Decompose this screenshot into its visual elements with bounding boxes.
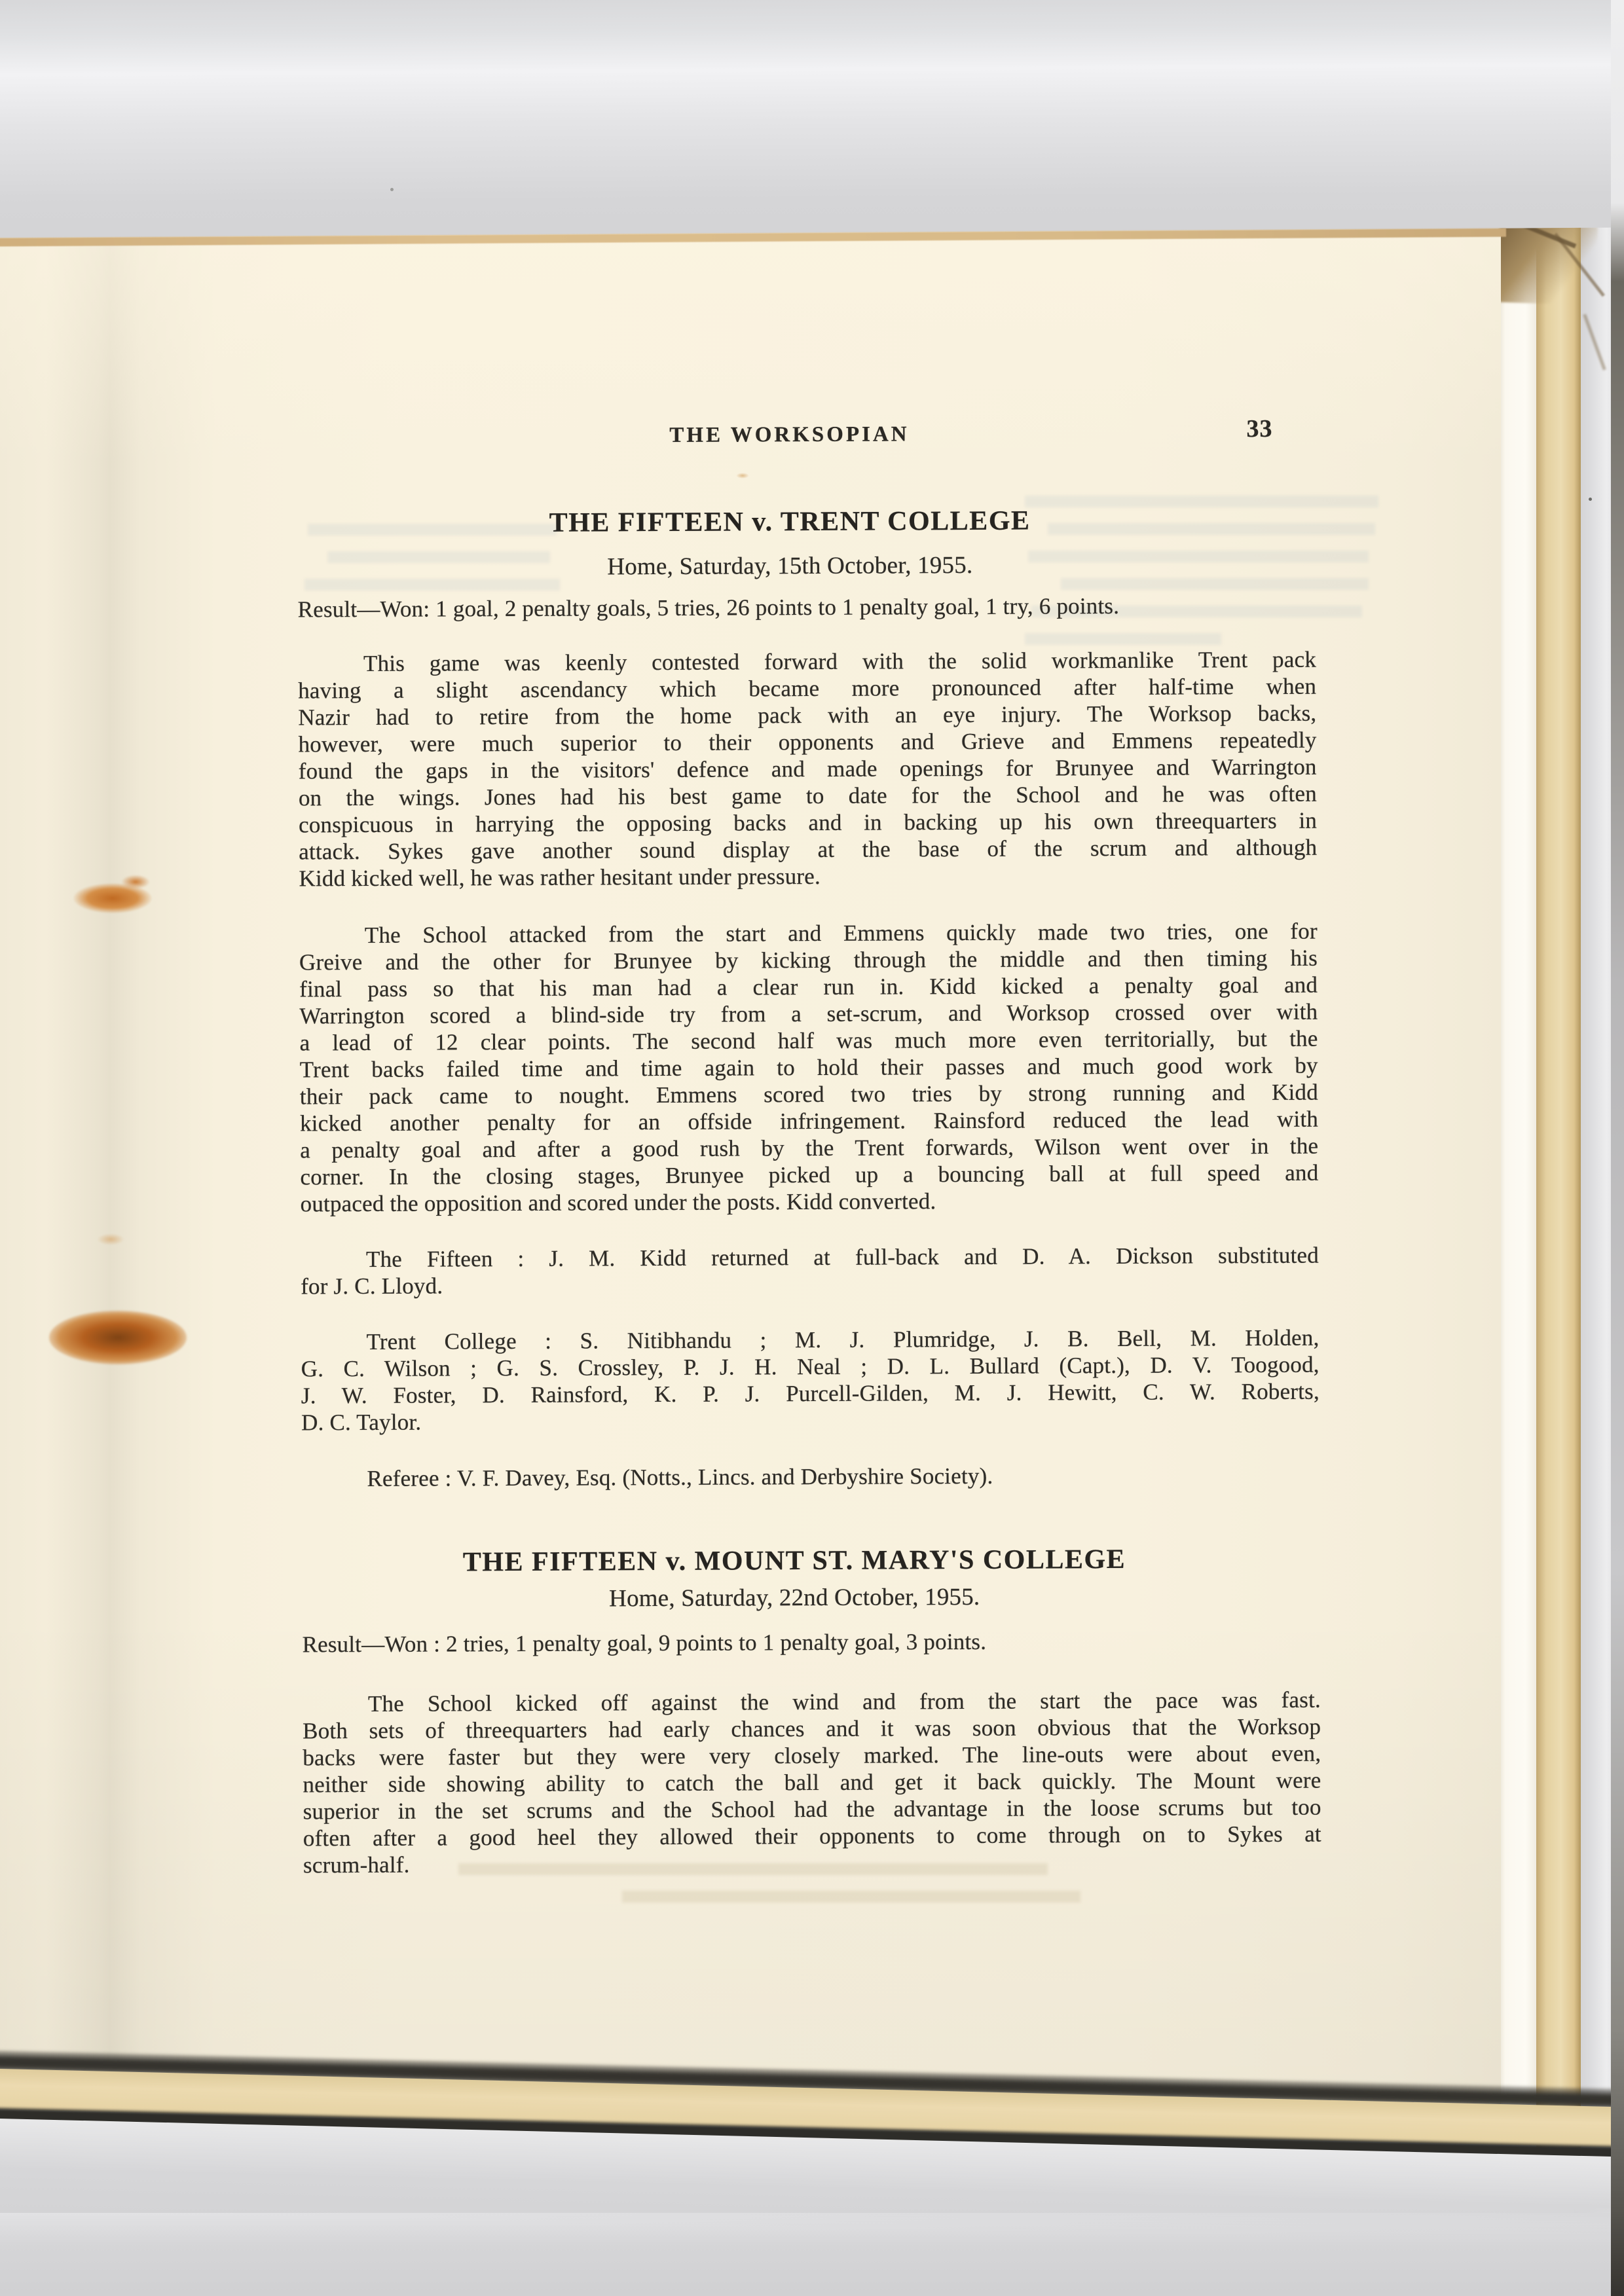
opposition-team-paragraph: Trent College : S. Nitibhandu ; M. J. Pl…	[301, 1324, 1319, 1436]
page-content: THE WORKSOPIAN 33 THE FIFTEEN v. TRENT C…	[0, 0, 1624, 2296]
team-note-paragraph: The Fifteen : J. M. Kidd returned at ful…	[301, 1242, 1319, 1300]
text-line: often after a good heel they allowed the…	[303, 1821, 1321, 1852]
match-result-line: Result—Won: 1 goal, 2 penalty goals, 5 t…	[298, 592, 1333, 623]
text-line: neither side showing ability to catch th…	[303, 1767, 1321, 1798]
text-line: Trent College : S. Nitibhandu ; M. J. Pl…	[301, 1324, 1319, 1356]
text-line: a lead of 12 clear points. The second ha…	[299, 1025, 1318, 1057]
match-result-line: Result—Won : 2 tries, 1 penalty goal, 9 …	[302, 1628, 1337, 1658]
text-line: outpaced the opposition and scored under…	[301, 1186, 1319, 1218]
text-line: Warrington scored a blind-side try from …	[299, 998, 1318, 1030]
text-line: Both sets of threequarters had early cha…	[303, 1713, 1321, 1745]
text-line: attack. Sykes gave another sound display…	[299, 834, 1317, 866]
text-line: final pass so that his man had a clear r…	[299, 972, 1318, 1003]
match-date-line: Home, Saturday, 15th October, 1955.	[286, 550, 1294, 583]
text-line: The Fifteen : J. M. Kidd returned at ful…	[301, 1242, 1319, 1273]
text-line: conspicuous in harrying the opposing bac…	[299, 807, 1317, 839]
text-line: The School attacked from the start and E…	[299, 918, 1318, 949]
text-line: Greive and the other for Brunyee by kick…	[299, 945, 1318, 976]
text-line: on the wings. Jones had his best game to…	[299, 780, 1317, 812]
text-line: J. W. Foster, D. Rainsford, K. P. J. Pur…	[301, 1378, 1319, 1410]
text-line: for J. C. Lloyd.	[301, 1269, 1319, 1300]
text-line: This game was keenly contested forward w…	[298, 646, 1316, 678]
page-number: 33	[1246, 414, 1272, 443]
text-line: D. C. Taylor.	[301, 1405, 1319, 1436]
scanned-book-page: THE WORKSOPIAN 33 THE FIFTEEN v. TRENT C…	[0, 0, 1624, 2296]
text-line: found the gaps in the visitors' defence …	[299, 754, 1317, 785]
match-date-line: Home, Saturday, 22nd October, 1955.	[290, 1582, 1299, 1614]
text-line: kicked another penalty for an offside in…	[300, 1106, 1318, 1137]
text-line: scrum-half.	[303, 1848, 1321, 1879]
text-line: superior in the set scrums and the Schoo…	[303, 1794, 1321, 1825]
report-paragraph: The School attacked from the start and E…	[299, 918, 1319, 1218]
text-line: a penalty goal and after a good rush by …	[300, 1133, 1318, 1164]
text-line: Nazir had to retire from the home pack w…	[298, 700, 1316, 731]
text-line: however, were much superior to their opp…	[298, 727, 1316, 758]
text-line: corner. In the closing stages, Brunyee p…	[300, 1159, 1318, 1191]
text-line: backs were faster but they were very clo…	[303, 1740, 1321, 1772]
running-head: THE WORKSOPIAN	[285, 421, 1293, 450]
text-line: Trent backs failed time and time again t…	[300, 1052, 1318, 1084]
text-line: their pack came to nought. Emmens scored…	[300, 1079, 1318, 1110]
text-line: Kidd kicked well, he was rather hesitant…	[299, 861, 1317, 892]
text-line: having a slight ascendancy which became …	[298, 673, 1316, 704]
text-line: The School kicked off against the wind a…	[303, 1686, 1321, 1718]
report-paragraph: The School kicked off against the wind a…	[303, 1686, 1321, 1879]
match-title: THE FIFTEEN v. TRENT COLLEGE	[286, 504, 1294, 540]
referee-line: Referee : V. F. Davey, Esq. (Notts., Lin…	[301, 1462, 1319, 1493]
match-title: THE FIFTEEN v. MOUNT ST. MARY'S COLLEGE	[290, 1543, 1299, 1579]
report-paragraph: This game was keenly contested forward w…	[298, 646, 1318, 892]
text-line: G. C. Wilson ; G. S. Crossley, P. J. H. …	[301, 1351, 1319, 1383]
